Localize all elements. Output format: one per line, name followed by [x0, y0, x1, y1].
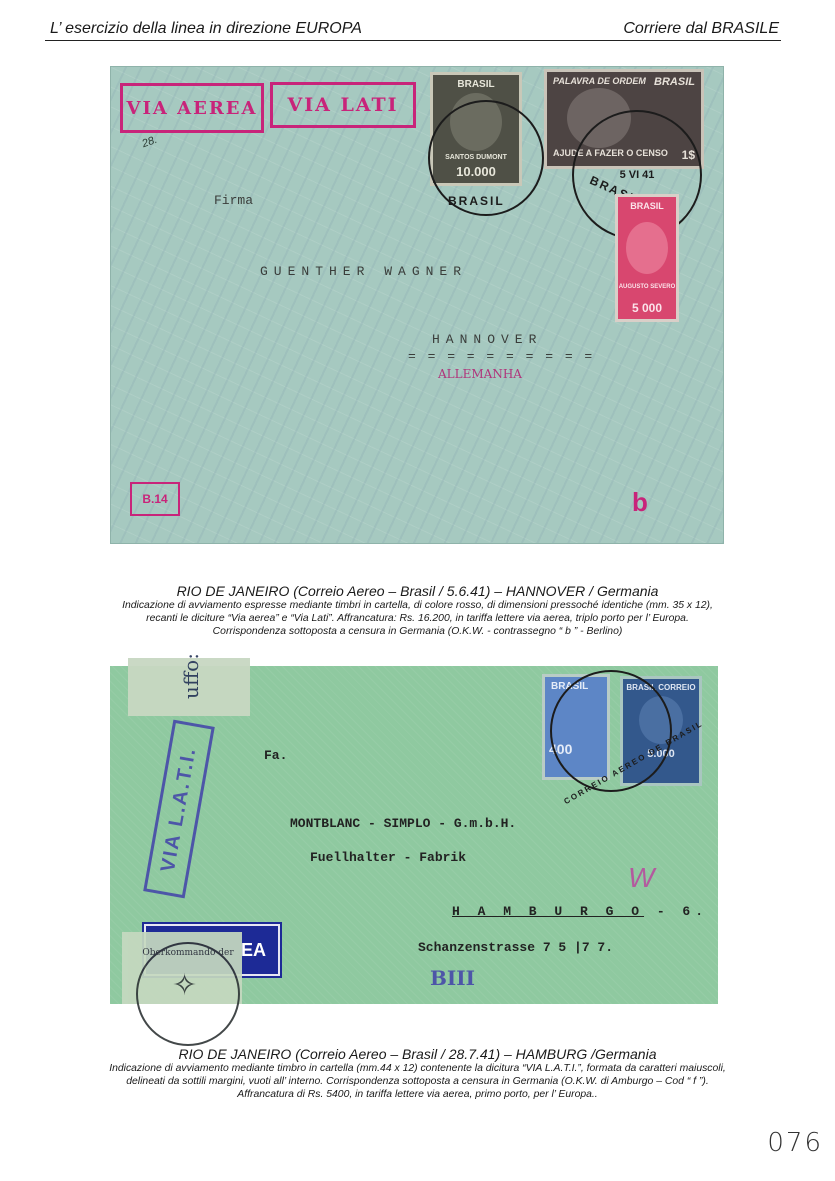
page-header: L’ esercizio della linea in direzione EU… [45, 20, 781, 41]
address-division: Fuellhalter - Fabrik [310, 850, 466, 865]
address-prefix: Firma [214, 193, 253, 208]
stamp-country: BRASIL [654, 76, 695, 88]
address-country: ALLEMANHA [438, 367, 522, 381]
address-city-suffix: - 6. [644, 904, 708, 919]
censor-tape-bottom: Oberkommando der ✧ [122, 932, 242, 1004]
censor-tape-text: uffo: [179, 653, 203, 699]
cover-hamburg: uffo: VIA L.A.T.I. BRASIL 400 BRASIL COR… [110, 666, 718, 1004]
address-underline: = = = = = = = = = = [408, 349, 594, 364]
eagle-emblem-icon: ✧ [172, 968, 197, 1003]
censor-seal: Oberkommando der ✧ [136, 942, 240, 1046]
header-right-title: Corriere dal BRASILE [623, 20, 779, 38]
page-number: 076 [767, 1128, 823, 1158]
stamp-name: AUGUSTO SEVERO [619, 284, 676, 290]
address-company: MONTBLANC - SIMPLO - G.m.b.H. [290, 816, 516, 831]
censor-seal-text: Oberkommando der [138, 948, 238, 958]
stamp-value: 5 000 [632, 301, 662, 315]
caption-line: Affrancatura di Rs. 5400, in tariffa let… [40, 1088, 795, 1101]
caption-cover-1: RIO DE JANEIRO (Correio Aereo – Brasil /… [40, 583, 795, 638]
censor-w-mark: W [628, 862, 654, 894]
via-lati-cachet: VIA L.A.T.I. [143, 720, 215, 899]
via-lati-cachet: VIA LATI [270, 82, 416, 128]
caption-line: Indicazione di avviamento espresse media… [40, 599, 795, 612]
stamp-country: BRASIL [630, 201, 664, 211]
cachet-text: VIA L.A.T.I. [157, 745, 202, 874]
address-street: Schanzenstrasse 7 5 |7 7. [418, 940, 613, 955]
caption-line: Indicazione di avviamento mediante timbr… [40, 1062, 795, 1075]
caption-line: recanti le diciture “Via aerea” e “Via L… [40, 612, 795, 625]
postmark-date: 5 VI 41 [620, 169, 655, 181]
via-aerea-cachet: VIA AEREA [120, 83, 264, 133]
address-name: GUENTHER WAGNER [260, 264, 467, 279]
postmark-text: BRASIL [448, 194, 505, 208]
stamp-augusto-severo: BRASIL AUGUSTO SEVERO 5 000 [615, 194, 679, 322]
address-city: HANNOVER [432, 332, 542, 347]
stamp-top-text: PALAVRA DE ORDEM [553, 76, 646, 88]
caption-line: Corrispondenza sottoposta a censura in G… [40, 625, 795, 638]
censor-box-mark: B.14 [130, 482, 180, 516]
stamp-country: BRASIL [457, 79, 494, 90]
censor-letter-mark: b [632, 487, 648, 518]
censor-tape-top: uffo: [128, 658, 250, 716]
address-city-name: H A M B U R G O [452, 904, 644, 919]
caption-title: RIO DE JANEIRO (Correio Aereo – Brasil /… [40, 583, 795, 599]
handwritten-mark: 28. [140, 134, 158, 151]
portrait-icon [626, 222, 668, 274]
censor-b-mark: BIII [430, 966, 475, 990]
cover-hannover: VIA AEREA VIA LATI 28. BRASIL SANTOS DUM… [110, 66, 724, 544]
address-city: H A M B U R G O - 6. [452, 904, 708, 919]
header-left-title: L’ esercizio della linea in direzione EU… [50, 20, 362, 38]
caption-title: RIO DE JANEIRO (Correio Aereo – Brasil /… [40, 1046, 795, 1062]
address-prefix: Fa. [264, 748, 287, 763]
caption-line: delineati da sottili margini, vuoti all’… [40, 1075, 795, 1088]
caption-cover-2: RIO DE JANEIRO (Correio Aereo – Brasil /… [40, 1046, 795, 1101]
